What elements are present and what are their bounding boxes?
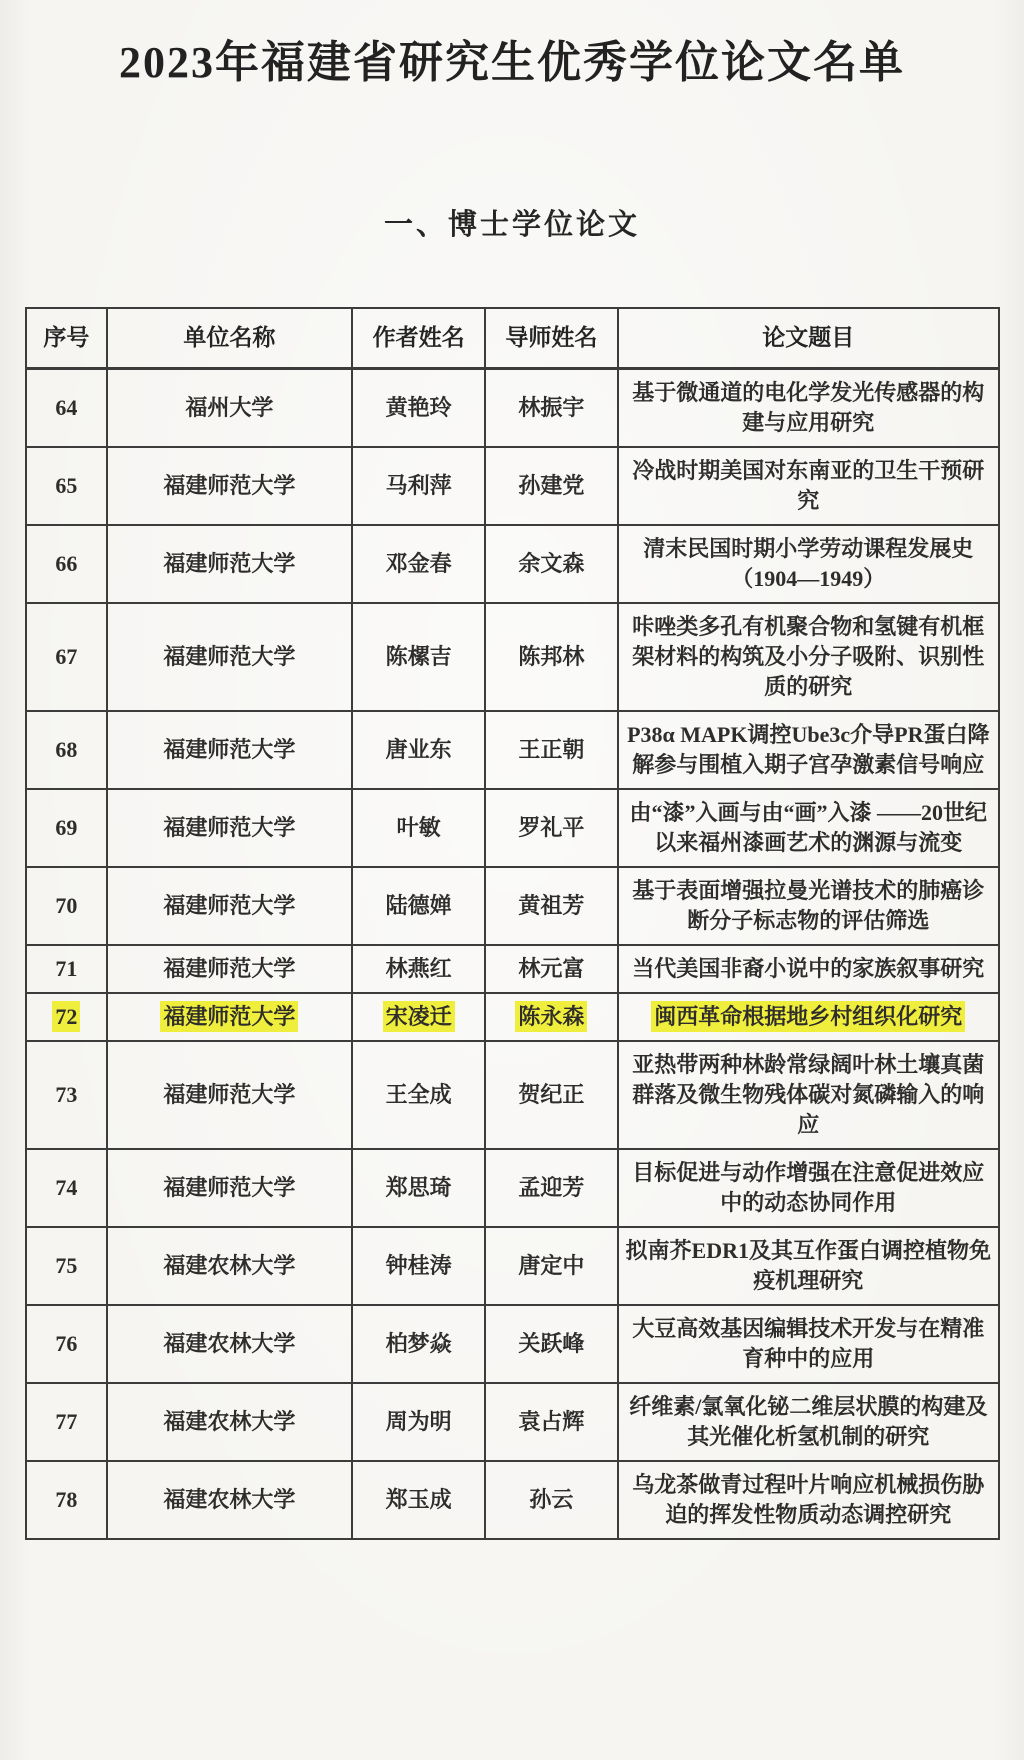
advisor-name-cell-text: 袁占辉: [518, 1409, 584, 1434]
institution-cell: 福建师范大学: [107, 789, 352, 867]
thesis-title-cell-text: 纤维素/氯氧化铋二维层状膜的构建及其光催化析氢机制的研究: [629, 1394, 987, 1449]
author-name-cell-text: 黄艳玲: [386, 395, 452, 420]
table-row: 65福建师范大学马利萍孙建党冷战时期美国对东南亚的卫生干预研究: [26, 447, 999, 525]
table-row: 72福建师范大学宋凌迁陈永森闽西革命根据地乡村组织化研究: [26, 993, 999, 1041]
author-name-cell: 柏梦焱: [352, 1305, 485, 1383]
institution-cell-text: 福州大学: [185, 395, 273, 420]
thesis-title-cell: 基于表面增强拉曼光谱技术的肺癌诊断分子标志物的评估筛选: [618, 867, 999, 945]
institution-cell: 福建师范大学: [107, 993, 352, 1041]
thesis-title-cell-text: 由“漆”入画与由“画”入漆 ——20世纪以来福州漆画艺术的渊源与流变: [630, 800, 988, 855]
institution-cell-text: 福建农林大学: [163, 1409, 295, 1434]
advisor-name-cell-text: 王正朝: [518, 737, 584, 762]
advisor-name-cell-text: 孟迎芳: [518, 1175, 584, 1200]
thesis-title-cell: 拟南芥EDR1及其互作蛋白调控植物免疫机理研究: [618, 1227, 999, 1305]
author-name-cell-text: 林燕红: [386, 956, 452, 981]
serial-number-cell: 77: [26, 1383, 107, 1461]
serial-number-cell: 73: [26, 1041, 107, 1149]
advisor-name-cell-text: 孙云: [529, 1487, 573, 1512]
serial-number-cell: 65: [26, 447, 107, 525]
advisor-name-cell: 孙建党: [485, 447, 617, 525]
advisor-name-cell: 王正朝: [485, 711, 617, 789]
serial-number-cell: 66: [26, 525, 107, 603]
header-cell-author-name: 作者姓名: [352, 308, 485, 369]
advisor-name-cell: 罗礼平: [485, 789, 617, 867]
institution-cell: 福建师范大学: [107, 867, 352, 945]
author-name-cell: 陈樏吉: [352, 603, 485, 711]
institution-cell-text: 福建师范大学: [163, 737, 295, 762]
advisor-name-cell-text: 林元富: [518, 956, 584, 981]
document-page: 2023年福建省研究生优秀学位论文名单 一、博士学位论文 序号 单位名称 作者姓…: [0, 0, 1024, 1760]
thesis-title-cell: 目标促进与动作增强在注意促进效应中的动态协同作用: [618, 1149, 999, 1227]
table-row: 78福建农林大学郑玉成孙云乌龙茶做青过程叶片响应机械损伤胁迫的挥发性物质动态调控…: [26, 1461, 999, 1539]
serial-number-cell: 69: [26, 789, 107, 867]
serial-number-cell-text: 66: [55, 551, 77, 576]
institution-cell: 福建农林大学: [107, 1227, 352, 1305]
serial-number-cell-text: 71: [55, 956, 77, 981]
author-name-cell-text: 郑思琦: [386, 1175, 452, 1200]
serial-number-cell-text: 74: [55, 1175, 77, 1200]
institution-cell-text: 福建农林大学: [163, 1331, 295, 1356]
serial-number-cell: 64: [26, 369, 107, 448]
thesis-title-cell-text: P38α MAPK调控Ube3c介导PR蛋白降解参与围植入期子宫孕激素信号响应: [627, 722, 989, 777]
page-title: 2023年福建省研究生优秀学位论文名单: [0, 0, 1024, 90]
table-row: 66福建师范大学邓金春余文森清末民国时期小学劳动课程发展史（1904—1949）: [26, 525, 999, 603]
table-row: 71福建师范大学林燕红林元富当代美国非裔小说中的家族叙事研究: [26, 945, 999, 993]
thesis-title-cell-text: 冷战时期美国对东南亚的卫生干预研究: [632, 458, 984, 513]
institution-cell-text: 福建师范大学: [163, 551, 295, 576]
serial-number-cell: 70: [26, 867, 107, 945]
institution-cell: 福建农林大学: [107, 1461, 352, 1539]
institution-cell-text: 福建师范大学: [163, 956, 295, 981]
advisor-name-cell: 贺纪正: [485, 1041, 617, 1149]
author-name-cell: 宋凌迁: [352, 993, 485, 1041]
table-row: 76福建农林大学柏梦焱关跃峰大豆高效基因编辑技术开发与在精准育种中的应用: [26, 1305, 999, 1383]
author-name-cell: 郑思琦: [352, 1149, 485, 1227]
thesis-title-cell: 纤维素/氯氧化铋二维层状膜的构建及其光催化析氢机制的研究: [618, 1383, 999, 1461]
author-name-cell-text: 王全成: [386, 1082, 452, 1107]
advisor-name-cell: 关跃峰: [485, 1305, 617, 1383]
author-name-cell: 陆德婵: [352, 867, 485, 945]
author-name-cell: 郑玉成: [352, 1461, 485, 1539]
serial-number-cell: 78: [26, 1461, 107, 1539]
thesis-title-cell-text: 拟南芥EDR1及其互作蛋白调控植物免疫机理研究: [626, 1238, 991, 1293]
serial-number-cell-text: 68: [55, 737, 77, 762]
institution-cell: 福建师范大学: [107, 1149, 352, 1227]
table-row: 75福建农林大学钟桂涛唐定中拟南芥EDR1及其互作蛋白调控植物免疫机理研究: [26, 1227, 999, 1305]
thesis-title-cell-text: 基于表面增强拉曼光谱技术的肺癌诊断分子标志物的评估筛选: [632, 878, 984, 933]
table-row: 73福建师范大学王全成贺纪正亚热带两种林龄常绿阔叶林土壤真菌群落及微生物残体碳对…: [26, 1041, 999, 1149]
author-name-cell: 唐业东: [352, 711, 485, 789]
author-name-cell: 叶敏: [352, 789, 485, 867]
advisor-name-cell-text: 贺纪正: [518, 1082, 584, 1107]
header-cell-serial-number: 序号: [26, 308, 107, 369]
author-name-cell: 钟桂涛: [352, 1227, 485, 1305]
advisor-name-cell: 孙云: [485, 1461, 617, 1539]
thesis-title-cell: 乌龙茶做青过程叶片响应机械损伤胁迫的挥发性物质动态调控研究: [618, 1461, 999, 1539]
thesis-title-cell: P38α MAPK调控Ube3c介导PR蛋白降解参与围植入期子宫孕激素信号响应: [618, 711, 999, 789]
advisor-name-cell: 孟迎芳: [485, 1149, 617, 1227]
thesis-table-body: 64福州大学黄艳玲林振宇基于微通道的电化学发光传感器的构建与应用研究65福建师范…: [26, 369, 999, 1540]
serial-number-cell-text: 67: [55, 644, 77, 669]
thesis-title-cell-text: 当代美国非裔小说中的家族叙事研究: [632, 956, 984, 981]
author-name-cell-text: 邓金春: [386, 551, 452, 576]
table-row: 74福建师范大学郑思琦孟迎芳目标促进与动作增强在注意促进效应中的动态协同作用: [26, 1149, 999, 1227]
serial-number-cell: 68: [26, 711, 107, 789]
institution-cell: 福建师范大学: [107, 525, 352, 603]
table-row: 68福建师范大学唐业东王正朝P38α MAPK调控Ube3c介导PR蛋白降解参与…: [26, 711, 999, 789]
institution-cell: 福建师范大学: [107, 447, 352, 525]
institution-cell: 福建师范大学: [107, 1041, 352, 1149]
serial-number-cell-text: 70: [55, 893, 77, 918]
advisor-name-cell-text: 孙建党: [518, 473, 584, 498]
author-name-cell-text: 陆德婵: [386, 893, 452, 918]
serial-number-cell-text: 69: [55, 815, 77, 840]
advisor-name-cell-text: 林振宇: [518, 395, 584, 420]
section-heading-doctoral: 一、博士学位论文: [0, 202, 1024, 243]
serial-number-cell: 71: [26, 945, 107, 993]
author-name-cell-text: 柏梦焱: [386, 1331, 452, 1356]
author-name-cell-text: 唐业东: [386, 737, 452, 762]
author-name-cell: 黄艳玲: [352, 369, 485, 448]
table-row: 64福州大学黄艳玲林振宇基于微通道的电化学发光传感器的构建与应用研究: [26, 369, 999, 448]
table-row: 70福建师范大学陆德婵黄祖芳基于表面增强拉曼光谱技术的肺癌诊断分子标志物的评估筛…: [26, 867, 999, 945]
author-name-cell-text: 宋凌迁: [386, 1004, 452, 1029]
thesis-title-cell: 清末民国时期小学劳动课程发展史（1904—1949）: [618, 525, 999, 603]
institution-cell-text: 福建师范大学: [163, 473, 295, 498]
thesis-title-cell: 由“漆”入画与由“画”入漆 ——20世纪以来福州漆画艺术的渊源与流变: [618, 789, 999, 867]
institution-cell-text: 福建师范大学: [163, 1175, 295, 1200]
author-name-cell-text: 周为明: [386, 1409, 452, 1434]
advisor-name-cell: 陈永森: [485, 993, 617, 1041]
thesis-table-header: 序号 单位名称 作者姓名 导师姓名 论文题目: [26, 308, 999, 369]
thesis-title-cell-text: 闽西革命根据地乡村组织化研究: [654, 1004, 962, 1029]
header-cell-institution: 单位名称: [107, 308, 352, 369]
institution-cell-text: 福建农林大学: [163, 1487, 295, 1512]
header-row: 序号 单位名称 作者姓名 导师姓名 论文题目: [26, 308, 999, 369]
serial-number-cell-text: 76: [55, 1331, 77, 1356]
thesis-title-cell: 亚热带两种林龄常绿阔叶林土壤真菌群落及微生物残体碳对氮磷输入的响应: [618, 1041, 999, 1149]
advisor-name-cell-text: 陈邦林: [518, 644, 584, 669]
thesis-title-cell-text: 基于微通道的电化学发光传感器的构建与应用研究: [632, 380, 984, 435]
serial-number-cell-text: 72: [55, 1004, 77, 1029]
thesis-title-cell: 咔唑类多孔有机聚合物和氢键有机框架材料的构筑及小分子吸附、识别性质的研究: [618, 603, 999, 711]
institution-cell-text: 福建师范大学: [163, 815, 295, 840]
header-cell-advisor-name: 导师姓名: [485, 308, 617, 369]
advisor-name-cell: 林元富: [485, 945, 617, 993]
institution-cell-text: 福建师范大学: [163, 893, 295, 918]
thesis-title-cell-text: 清末民国时期小学劳动课程发展史（1904—1949）: [643, 536, 973, 591]
advisor-name-cell-text: 陈永森: [518, 1004, 584, 1029]
thesis-title-cell: 闽西革命根据地乡村组织化研究: [618, 993, 999, 1041]
thesis-title-cell: 大豆高效基因编辑技术开发与在精准育种中的应用: [618, 1305, 999, 1383]
institution-cell-text: 福建师范大学: [163, 644, 295, 669]
institution-cell: 福建师范大学: [107, 945, 352, 993]
header-cell-thesis-title: 论文题目: [618, 308, 999, 369]
author-name-cell: 马利萍: [352, 447, 485, 525]
advisor-name-cell-text: 余文森: [518, 551, 584, 576]
thesis-title-cell: 当代美国非裔小说中的家族叙事研究: [618, 945, 999, 993]
serial-number-cell-text: 78: [55, 1487, 77, 1512]
advisor-name-cell: 林振宇: [485, 369, 617, 448]
institution-cell: 福州大学: [107, 369, 352, 448]
thesis-title-cell-text: 目标促进与动作增强在注意促进效应中的动态协同作用: [632, 1160, 984, 1215]
author-name-cell-text: 陈樏吉: [386, 644, 452, 669]
institution-cell-text: 福建师范大学: [163, 1082, 295, 1107]
institution-cell: 福建农林大学: [107, 1305, 352, 1383]
advisor-name-cell: 余文森: [485, 525, 617, 603]
institution-cell: 福建农林大学: [107, 1383, 352, 1461]
table-row: 67福建师范大学陈樏吉陈邦林咔唑类多孔有机聚合物和氢键有机框架材料的构筑及小分子…: [26, 603, 999, 711]
table-row: 69福建师范大学叶敏罗礼平由“漆”入画与由“画”入漆 ——20世纪以来福州漆画艺…: [26, 789, 999, 867]
institution-cell: 福建师范大学: [107, 603, 352, 711]
serial-number-cell-text: 77: [55, 1409, 77, 1434]
advisor-name-cell-text: 黄祖芳: [518, 893, 584, 918]
serial-number-cell-text: 73: [55, 1082, 77, 1107]
institution-cell: 福建师范大学: [107, 711, 352, 789]
author-name-cell-text: 马利萍: [386, 473, 452, 498]
thesis-table: 序号 单位名称 作者姓名 导师姓名 论文题目 64福州大学黄艳玲林振宇基于微通道…: [25, 307, 1000, 1540]
advisor-name-cell: 袁占辉: [485, 1383, 617, 1461]
advisor-name-cell-text: 罗礼平: [518, 815, 584, 840]
advisor-name-cell-text: 唐定中: [518, 1253, 584, 1278]
author-name-cell: 王全成: [352, 1041, 485, 1149]
serial-number-cell-text: 64: [55, 395, 77, 420]
thesis-title-cell-text: 大豆高效基因编辑技术开发与在精准育种中的应用: [632, 1316, 984, 1371]
institution-cell-text: 福建农林大学: [163, 1253, 295, 1278]
institution-cell-text: 福建师范大学: [163, 1004, 295, 1029]
thesis-title-cell: 基于微通道的电化学发光传感器的构建与应用研究: [618, 369, 999, 448]
serial-number-cell: 75: [26, 1227, 107, 1305]
author-name-cell: 邓金春: [352, 525, 485, 603]
serial-number-cell: 76: [26, 1305, 107, 1383]
serial-number-cell-text: 75: [55, 1253, 77, 1278]
serial-number-cell-text: 65: [55, 473, 77, 498]
advisor-name-cell: 黄祖芳: [485, 867, 617, 945]
advisor-name-cell-text: 关跃峰: [518, 1331, 584, 1356]
thesis-title-cell: 冷战时期美国对东南亚的卫生干预研究: [618, 447, 999, 525]
thesis-title-cell-text: 乌龙茶做青过程叶片响应机械损伤胁迫的挥发性物质动态调控研究: [632, 1472, 984, 1527]
serial-number-cell: 67: [26, 603, 107, 711]
serial-number-cell: 72: [26, 993, 107, 1041]
advisor-name-cell: 陈邦林: [485, 603, 617, 711]
thesis-title-cell-text: 亚热带两种林龄常绿阔叶林土壤真菌群落及微生物残体碳对氮磷输入的响应: [632, 1052, 984, 1137]
table-row: 77福建农林大学周为明袁占辉纤维素/氯氧化铋二维层状膜的构建及其光催化析氢机制的…: [26, 1383, 999, 1461]
author-name-cell: 林燕红: [352, 945, 485, 993]
advisor-name-cell: 唐定中: [485, 1227, 617, 1305]
author-name-cell: 周为明: [352, 1383, 485, 1461]
author-name-cell-text: 郑玉成: [386, 1487, 452, 1512]
author-name-cell-text: 叶敏: [397, 815, 441, 840]
thesis-title-cell-text: 咔唑类多孔有机聚合物和氢键有机框架材料的构筑及小分子吸附、识别性质的研究: [632, 614, 984, 699]
author-name-cell-text: 钟桂涛: [386, 1253, 452, 1278]
serial-number-cell: 74: [26, 1149, 107, 1227]
